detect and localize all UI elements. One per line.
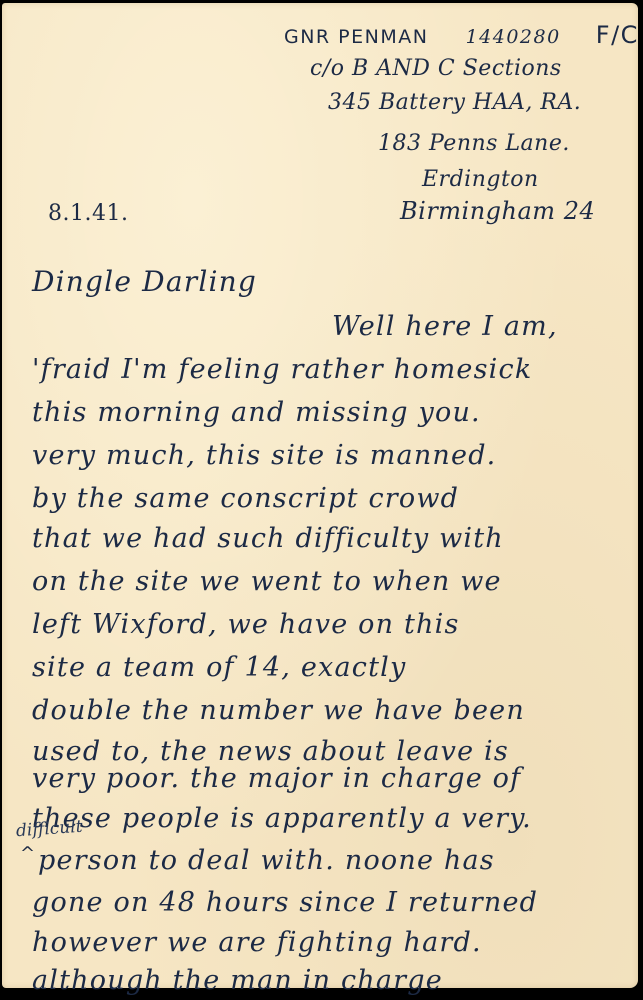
letter-paper: GNR PENMAN 1440280 F/C c/o B AND C Secti… — [2, 3, 638, 988]
body-line: site a team of 14, exactly — [32, 652, 406, 683]
insert-caret-mark: ^ — [20, 843, 35, 864]
body-line: very poor. the major in charge of — [32, 763, 521, 794]
sender-service-number: 1440280 — [466, 26, 561, 48]
body-line: very much, this site is manned. — [32, 440, 496, 471]
body-line: however we are fighting hard. — [32, 927, 482, 958]
sender-line: GNR PENMAN 1440280 F/C — [284, 21, 639, 49]
body-line: that we had such difficulty with — [32, 523, 504, 554]
sender-suffix: F/C — [596, 21, 639, 49]
address-line-4: Erdington — [422, 167, 539, 192]
address-line-5: Birmingham 24 — [400, 197, 595, 225]
body-line: this morning and missing you. — [32, 397, 481, 428]
body-line: these people is apparently a very. — [32, 803, 532, 834]
body-line: Well here I am, — [332, 311, 558, 342]
letter-date: 8.1.41. — [48, 201, 128, 226]
body-line: by the same conscript crowd — [32, 483, 459, 514]
address-line-2: 345 Battery HAA, RA. — [328, 90, 581, 115]
address-line-1: c/o B AND C Sections — [310, 56, 562, 81]
salutation: Dingle Darling — [32, 265, 257, 298]
body-line: although the man in charge — [32, 965, 443, 996]
body-line: person to deal with. noone has — [38, 845, 495, 876]
body-line: on the site we went to when we — [32, 566, 502, 597]
address-line-3: 183 Penns Lane. — [378, 131, 570, 156]
margin-insert-word: difficult — [15, 817, 83, 842]
body-line: 'fraid I'm feeling rather homesick — [32, 354, 532, 385]
body-line: double the number we have been — [32, 695, 525, 726]
body-line: left Wixford, we have on this — [32, 609, 460, 640]
body-line: gone on 48 hours since I returned — [32, 887, 538, 918]
sender-rank-name: GNR PENMAN — [284, 26, 428, 48]
